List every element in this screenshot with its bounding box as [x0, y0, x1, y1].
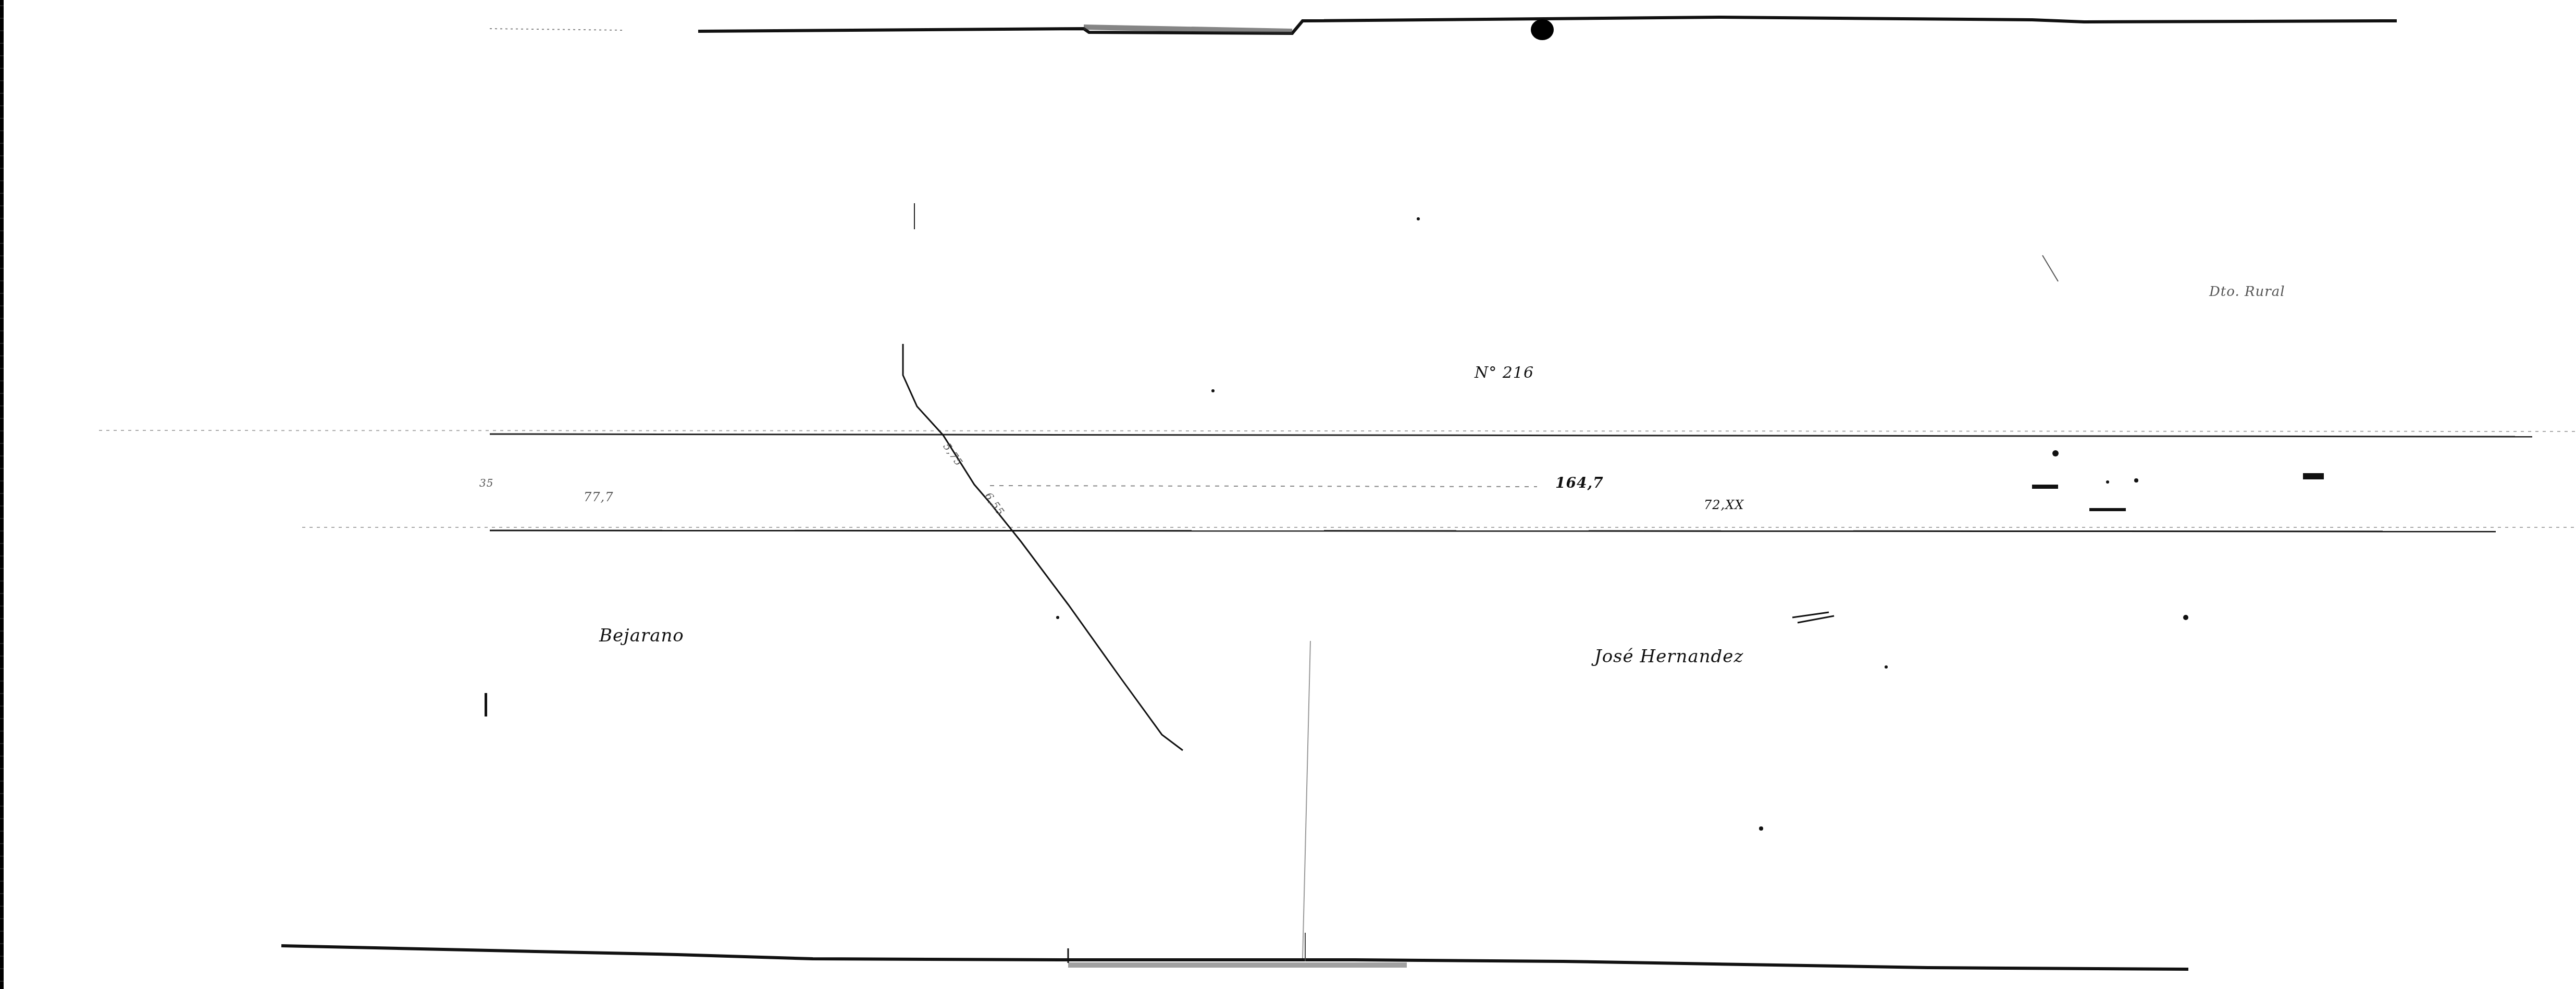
road-boundary-lines	[99, 430, 2576, 531]
measure-left-label: 77,7	[584, 490, 613, 504]
parcel-number-label: N° 216	[1475, 364, 1534, 382]
measure-right-label: 72,XX	[1704, 498, 1744, 512]
ink-blot	[1531, 19, 1554, 40]
top-edge-line	[490, 17, 2397, 40]
map-linework	[0, 0, 2576, 989]
vertical-division-line	[1303, 641, 1310, 959]
scan-speckles	[485, 217, 2324, 831]
bottom-edge-line	[281, 933, 2188, 969]
top-right-note-label: Dto. Rural	[2209, 284, 2285, 300]
diagonal-boundary-line	[903, 203, 1183, 750]
margin-number-label: 35	[479, 477, 493, 489]
owner-right-label: José Hernandez	[1594, 646, 1743, 667]
measure-center-label: 164,7	[1555, 474, 1604, 491]
survey-map-sheet: N° 216 Bejarano José Hernandez 164,7 72,…	[0, 0, 2576, 989]
owner-left-label: Bejarano	[599, 625, 684, 646]
